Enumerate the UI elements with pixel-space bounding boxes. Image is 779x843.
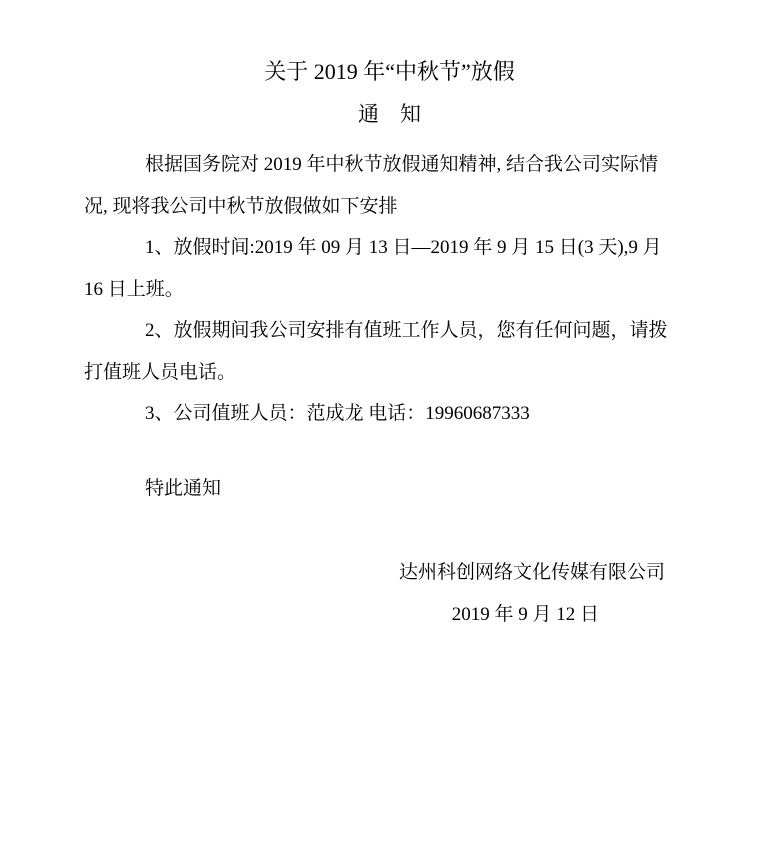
document-subtitle: 通 知 bbox=[0, 98, 779, 130]
document-body: 根据国务院对 2019 年中秋节放假通知精神, 结合我公司实际情 况, 现将我公… bbox=[0, 144, 779, 509]
signature-block: 达州科创网络文化传媒有限公司 2019 年 9 月 12 日 bbox=[0, 552, 779, 635]
item-1-line-1: 1、放假时间:2019 年 09 月 13 日—2019 年 9 月 15 日(… bbox=[145, 227, 779, 269]
item-2-line-1: 2、放假期间我公司安排有值班工作人员，您有任何问题，请拨 bbox=[145, 310, 779, 352]
signature-date: 2019 年 9 月 12 日 bbox=[0, 594, 599, 636]
closing-line: 特此通知 bbox=[145, 468, 779, 510]
intro-paragraph-line-2: 况, 现将我公司中秋节放假做如下安排 bbox=[84, 186, 779, 228]
item-2-line-2: 打值班人员电话。 bbox=[84, 352, 779, 394]
item-1-line-2: 16 日上班。 bbox=[84, 269, 779, 311]
signature-company: 达州科创网络文化传媒有限公司 bbox=[0, 552, 665, 594]
document-page: 关于 2019 年“中秋节”放假 通 知 根据国务院对 2019 年中秋节放假通… bbox=[0, 0, 779, 843]
document-title: 关于 2019 年“中秋节”放假 bbox=[0, 56, 779, 88]
intro-paragraph-line-1: 根据国务院对 2019 年中秋节放假通知精神, 结合我公司实际情 bbox=[145, 144, 779, 186]
item-3-line-1: 3、公司值班人员：范成龙 电话：19960687333 bbox=[145, 393, 779, 435]
